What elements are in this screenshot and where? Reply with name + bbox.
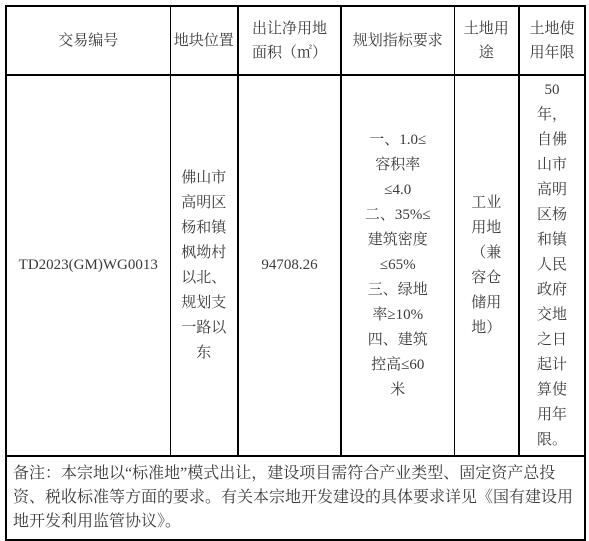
table-note-row: 备注：本宗地以“标准地”模式出让，建设项目需符合产业类型、固定资产总投 资、税收…	[6, 456, 585, 540]
header-tenure: 土地使 用年限	[519, 6, 585, 75]
cell-location: 佛山市 高明区 杨和镇 枫坳村 以北、 规划支 一路以 东	[170, 75, 238, 456]
cell-transaction-id: TD2023(GM)WG0013	[6, 75, 170, 456]
cell-tenure: 50 年， 自佛 山市 高明 区杨 和镇 人民 政府 交地 之日 起计 算使 用…	[519, 75, 585, 456]
header-transaction-id: 交易编号	[6, 6, 170, 75]
note-cell: 备注：本宗地以“标准地”模式出让，建设项目需符合产业类型、固定资产总投 资、税收…	[6, 456, 585, 540]
cell-net-area: 94708.26	[238, 75, 341, 456]
header-planning-requirements: 规划指标要求	[341, 6, 454, 75]
table-header-row: 交易编号 地块位置 出让净用地 面积（㎡） 规划指标要求 土地用途 土地使 用年…	[6, 6, 585, 75]
header-location: 地块位置	[170, 6, 238, 75]
cell-planning-requirements: 一、1.0≤ 容积率 ≤4.0 二、35%≤ 建筑密度 ≤65% 三、绿地 率≥…	[341, 75, 454, 456]
cell-land-use: 工业 用地 （兼 容仓 储用 地）	[454, 75, 519, 456]
table-data-row: TD2023(GM)WG0013 佛山市 高明区 杨和镇 枫坳村 以北、 规划支…	[6, 75, 585, 456]
land-transfer-table: 交易编号 地块位置 出让净用地 面积（㎡） 规划指标要求 土地用途 土地使 用年…	[5, 5, 586, 541]
header-net-area: 出让净用地 面积（㎡）	[238, 6, 341, 75]
page: 交易编号 地块位置 出让净用地 面积（㎡） 规划指标要求 土地用途 土地使 用年…	[0, 0, 589, 534]
header-land-use: 土地用途	[454, 6, 519, 75]
